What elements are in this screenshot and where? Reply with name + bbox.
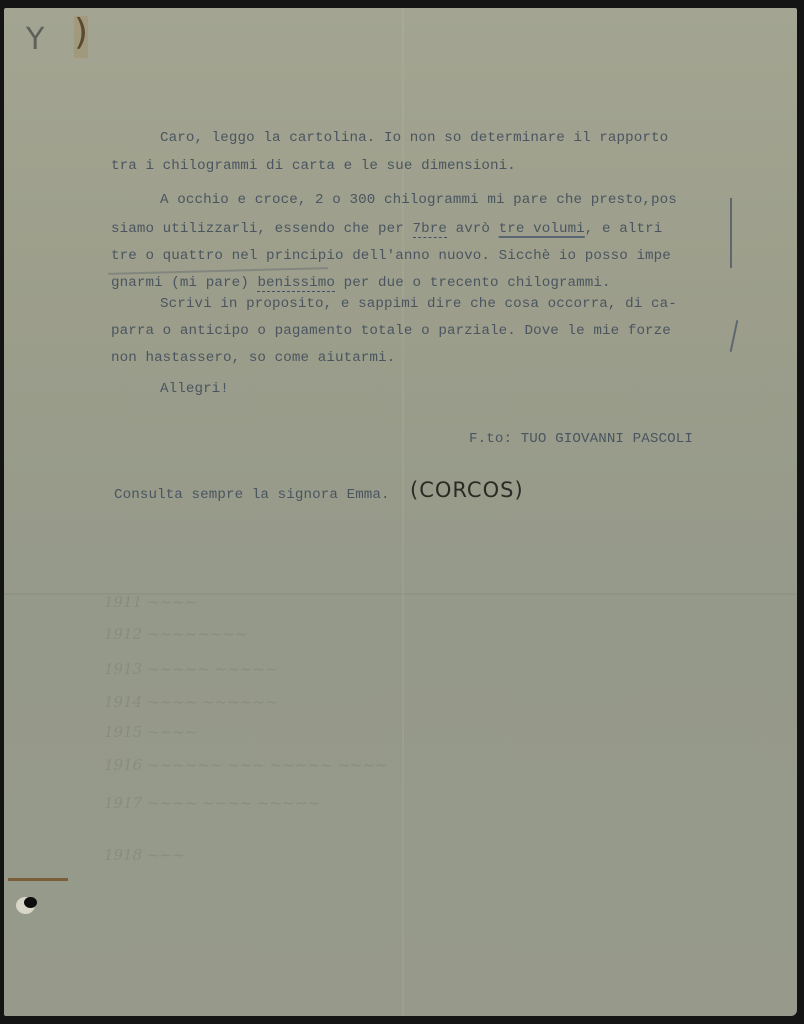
corner-mark-bracket: ) [74,12,88,53]
pencil-stroke [108,267,328,275]
letter-line-6: gnarmi (mi pare) benissimo per due o tre… [111,275,611,291]
underlined-volumes: tre volumi [499,221,585,237]
handwritten-annotation: (CORCOS) [410,478,524,502]
letter-line-3: A occhio e croce, 2 o 300 chilogrammi mi… [160,192,677,208]
letter-line-9: non hastassero, so come aiutarmi. [111,350,395,366]
text-segment: gnarmi (mi pare) [111,275,257,291]
text-segment: per due o trecento chilogrammi. [335,275,611,291]
letter-line-7: Scrivi in proposito, e sappimi dire che … [160,296,677,312]
letter-page: Y ) 1911 ~~~~ 1912 ~~~~~~~~ 1913 ~~~~~ ~… [4,8,797,1016]
text-segment: , e altri [585,221,663,237]
tape-residue [8,878,68,881]
signature: F.to: TUO GIOVANNI PASCOLI [469,431,693,447]
punch-hole [24,897,37,908]
underlined-date: 7bre [413,221,447,238]
letter-line-4: siamo utilizzarli, essendo che per 7bre … [111,221,662,237]
postscript: Consulta sempre la signora Emma. [114,487,390,503]
text-segment: siamo utilizzarli, essendo che per [111,221,413,237]
underlined-word: benissimo [257,275,335,292]
margin-mark-bracket [730,198,732,268]
letter-line-5: tre o quattro nel principio dell'anno nu… [111,248,671,264]
letter-line-8: parra o anticipo o pagamento totale o pa… [111,323,671,339]
text-segment: avrò [447,221,499,237]
letter-line-2: tra i chilogrammi di carta e le sue dime… [111,158,516,174]
corner-mark-y: Y [26,22,44,57]
letter-line-10: Allegri! [160,381,229,397]
margin-mark-slash [730,320,739,352]
letter-line-1: Caro, leggo la cartolina. Io non so dete… [160,130,668,146]
